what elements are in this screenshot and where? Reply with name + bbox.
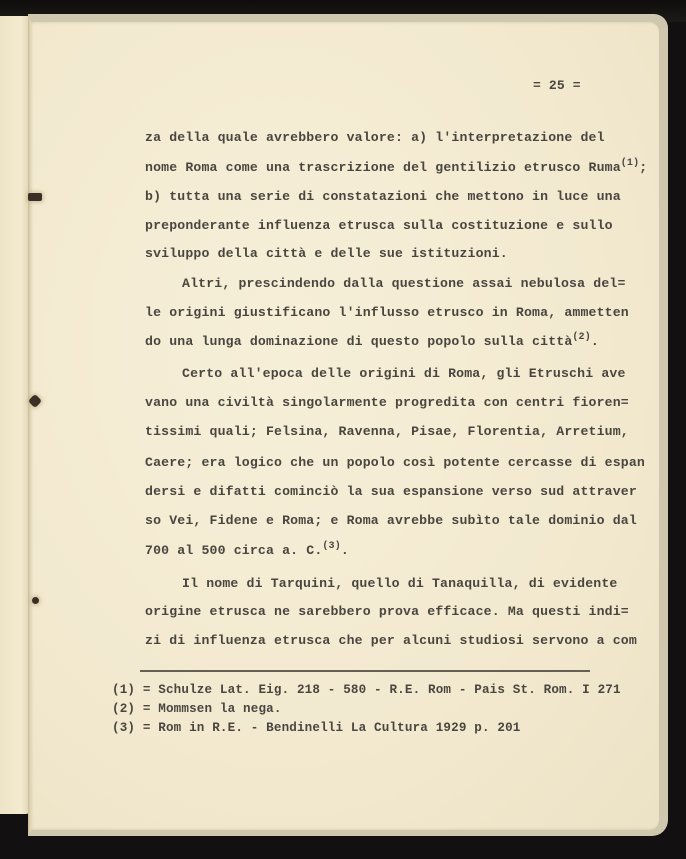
page-number: = 25 = — [533, 78, 581, 93]
text-line: Altri, prescindendo dalla questione assa… — [182, 276, 626, 291]
footnote-ref[interactable]: (1) — [621, 158, 639, 169]
text-line: origine etrusca ne sarebbero prova effic… — [145, 604, 629, 619]
text-line: dersi e difatti cominciò la sua espansio… — [145, 484, 637, 499]
footnote-3: (3) = Rom in R.E. - Bendinelli La Cultur… — [112, 721, 521, 735]
text-line: do una lunga dominazione di questo popol… — [145, 334, 599, 349]
text-line: 700 al 500 circa a. C.(3). — [145, 543, 349, 558]
footnote-1: (1) = Schulze Lat. Eig. 218 - 580 - R.E.… — [112, 683, 621, 697]
text-line: preponderante influenza etrusca sulla co… — [145, 218, 613, 233]
text-line: Il nome di Tarquini, quello di Tanaquill… — [182, 576, 617, 591]
footnote-ref[interactable]: (2) — [572, 332, 590, 343]
typewritten-text: = 25 = za della quale avrebbero valore: … — [0, 0, 16, 510]
text-line: le origini giustificano l'influsso etrus… — [145, 305, 629, 320]
text-line: Certo all'epoca delle origini di Roma, g… — [182, 366, 626, 381]
footnote-2: (2) = Mommsen la nega. — [112, 702, 282, 716]
text-line: vano una civiltà singolarmente progredit… — [145, 395, 629, 410]
binder-hole-icon — [32, 597, 39, 604]
footnote-separator — [140, 670, 590, 672]
text-line: zi di influenza etrusca che per alcuni s… — [145, 633, 637, 648]
binder-hole-icon — [28, 193, 42, 201]
text-line: nome Roma come una trascrizione del gent… — [145, 160, 647, 175]
text-line: so Vei, Fidene e Roma; e Roma avrebbe su… — [145, 513, 637, 528]
binding-gutter — [28, 20, 31, 832]
text-line: b) tutta una serie di constatazioni che … — [145, 189, 621, 204]
text-line: Caere; era logico che un popolo così pot… — [145, 455, 645, 470]
text-line: tissimi quali; Felsina, Ravenna, Pisae, … — [145, 424, 629, 439]
text-line: sviluppo della città e delle sue istituz… — [145, 246, 508, 261]
footnote-ref[interactable]: (3) — [322, 541, 340, 552]
text-line: za della quale avrebbero valore: a) l'in… — [145, 130, 605, 145]
